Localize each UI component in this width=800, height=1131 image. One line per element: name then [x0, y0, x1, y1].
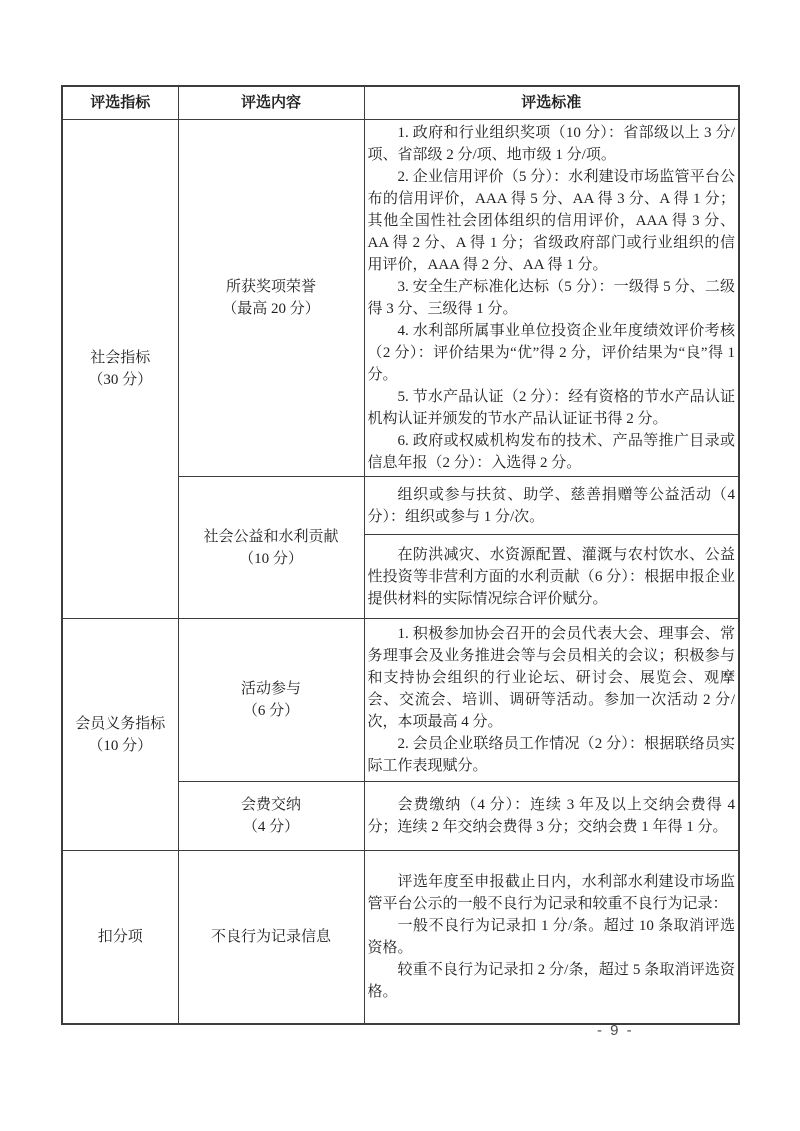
cell-standard-deduction: 评选年度至申报截止日内，水利部水利建设市场监管平台公示的一般不良行为记录和较重不…: [364, 851, 739, 1025]
cell-content-activity: 活动参与 （6 分）: [178, 619, 364, 782]
evaluation-criteria-table: 评选指标 评选内容 评选标准 社会指标 （30 分） 所获奖项荣誉 （最高 20…: [61, 85, 740, 1025]
cell-content-fee: 会费交纳 （4 分）: [178, 782, 364, 851]
cell-standard-welfare-b: 在防洪减灾、水资源配置、灌溉与农村饮水、公益性投资等非营利方面的水利贡献（6 分…: [364, 535, 739, 619]
standard-fee-text: 会费缴纳（4 分）：连续 3 年及以上交纳会费得 4 分；连续 2 年交纳会费得…: [368, 794, 736, 838]
header-content: 评选内容: [178, 86, 364, 120]
cell-indicator-deduction: 扣分项: [62, 851, 178, 1025]
page-number: - 9 -: [597, 1022, 634, 1039]
standard-awards-item-2: 2. 企业信用评价（5 分）：水利建设市场监管平台公布的信用评价，AAA 得 5…: [368, 166, 736, 276]
standard-deduction-item-1: 一般不良行为记录扣 1 分/条。超过 10 条取消评选资格。: [368, 915, 736, 959]
row-deduction: 扣分项 不良行为记录信息 评选年度至申报截止日内，水利部水利建设市场监管平台公示…: [62, 851, 739, 1025]
cell-standard-activity: 1. 积极参加协会召开的会员代表大会、理事会、常务理事会及业务推进会等与会员相关…: [364, 619, 739, 782]
table-header-row: 评选指标 评选内容 评选标准: [62, 86, 739, 120]
cell-content-awards: 所获奖项荣誉 （最高 20 分）: [178, 120, 364, 477]
cell-standard-welfare-a: 组织或参与扶贫、助学、慈善捐赠等公益活动（4 分）：组织或参与 1 分/次。: [364, 477, 739, 535]
standard-awards-item-5: 5. 节水产品认证（2 分）：经有资格的节水产品认证机构认证并颁发的节水产品认证…: [368, 386, 736, 430]
cell-standard-awards: 1. 政府和行业组织奖项（10 分）：省部级以上 3 分/项、省部级 2 分/项…: [364, 120, 739, 477]
cell-content-bad-record: 不良行为记录信息: [178, 851, 364, 1025]
standard-activity-item-1: 1. 积极参加协会召开的会员代表大会、理事会、常务理事会及业务推进会等与会员相关…: [368, 623, 736, 733]
row-social-awards: 社会指标 （30 分） 所获奖项荣誉 （最高 20 分） 1. 政府和行业组织奖…: [62, 120, 739, 477]
standard-awards-item-3: 3. 安全生产标准化达标（5 分）：一级得 5 分、二级得 3 分、三级得 1 …: [368, 276, 736, 320]
standard-awards-item-4: 4. 水利部所属事业单位投资企业年度绩效评价考核（2 分）：评价结果为“优”得 …: [368, 320, 736, 386]
standard-awards-item-1: 1. 政府和行业组织奖项（10 分）：省部级以上 3 分/项、省部级 2 分/项…: [368, 122, 736, 166]
cell-standard-fee: 会费缴纳（4 分）：连续 3 年及以上交纳会费得 4 分；连续 2 年交纳会费得…: [364, 782, 739, 851]
standard-deduction-item-2: 较重不良行为记录扣 2 分/条，超过 5 条取消评选资格。: [368, 959, 736, 1003]
standard-awards-item-6: 6. 政府或权威机构发布的技术、产品等推广目录或信息年报（2 分）：入选得 2 …: [368, 430, 736, 474]
standard-welfare-a-text: 组织或参与扶贫、助学、慈善捐赠等公益活动（4 分）：组织或参与 1 分/次。: [368, 484, 736, 528]
standard-welfare-b-text: 在防洪减灾、水资源配置、灌溉与农村饮水、公益性投资等非营利方面的水利贡献（6 分…: [368, 544, 736, 610]
cell-indicator-member-duty: 会员义务指标 （10 分）: [62, 619, 178, 851]
row-activity: 会员义务指标 （10 分） 活动参与 （6 分） 1. 积极参加协会召开的会员代…: [62, 619, 739, 782]
cell-indicator-social: 社会指标 （30 分）: [62, 120, 178, 619]
cell-content-welfare: 社会公益和水利贡献 （10 分）: [178, 477, 364, 619]
header-indicator: 评选指标: [62, 86, 178, 120]
standard-activity-item-2: 2. 会员企业联络员工作情况（2 分）：根据联络员实际工作表现赋分。: [368, 733, 736, 777]
standard-deduction-intro: 评选年度至申报截止日内，水利部水利建设市场监管平台公示的一般不良行为记录和较重不…: [368, 871, 736, 915]
header-standard: 评选标准: [364, 86, 739, 120]
